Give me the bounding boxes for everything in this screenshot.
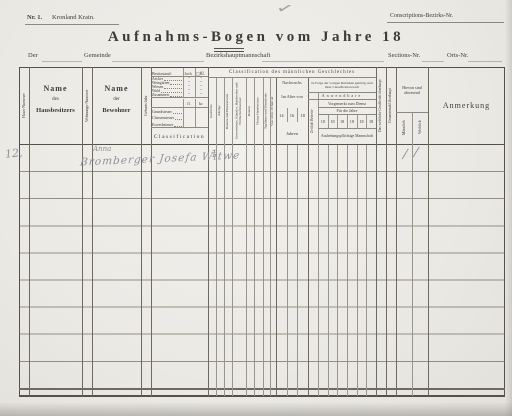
anwendbare-label: Anwendbare <box>308 92 376 99</box>
header-rule <box>25 24 119 25</box>
male-col-geistliche: Geistliche <box>208 78 216 144</box>
grid-line <box>92 67 93 396</box>
writing-line <box>262 61 384 62</box>
der-label: Der <box>28 52 38 59</box>
col-header-haus-nummer: Haus-Nummer <box>19 68 29 143</box>
gemeinde-label: Gemeinde <box>84 52 111 59</box>
writing-line <box>468 61 502 62</box>
nachwuchs-alter-label: Im Alter von <box>278 86 306 107</box>
bezirkshauptmannschaft-label: Bezirkshauptmannschaft <box>206 52 270 59</box>
male-col-adelige: Adelige <box>216 78 224 144</box>
form-title: Aufnahms-Bogen vom Jahre 18 <box>56 29 456 46</box>
male-col-taglöhner: Taglöhner und Dienstleute <box>263 78 270 144</box>
dotted-leader <box>170 81 182 84</box>
header-rule <box>387 22 504 23</box>
grid-line <box>318 92 319 396</box>
besitz-ditto: ″ <box>183 93 195 97</box>
conscription-district-label: Conscriptions-Bezirks-Nr. <box>390 13 453 19</box>
grid-line <box>151 97 208 98</box>
pencil-checkmark: ✓ <box>275 0 295 18</box>
fuer-die-jahre-label: Für die Jahre <box>318 107 376 114</box>
orts-nr-label: Orts-Nr. <box>447 52 468 59</box>
grid-line <box>337 145 338 396</box>
dotted-leader <box>175 115 182 120</box>
col-header-bewohner-der: der <box>92 97 141 102</box>
col-header-geburts-jahr: Geburts-Jahr <box>141 68 151 143</box>
grid-line <box>328 145 329 396</box>
dotted-leader <box>170 94 182 97</box>
vorgemerkt-label: Vorgemerkt zum Dienst <box>318 99 376 107</box>
dotted-leader <box>174 122 182 127</box>
male-col-gewerbsleute: Gewerbsleute, Künstler, Handwerker und W… <box>232 78 246 144</box>
male-classification-title: Classification des männlichen Geschlecht… <box>208 68 376 77</box>
abwesend-maennlich-col: Männlich <box>396 112 412 143</box>
steuern-col-fl: fl. <box>183 101 195 106</box>
col-header-hausbesitzer: Hausbesitzers <box>29 107 82 114</box>
besitz-title: Besitzstand: <box>152 71 182 76</box>
besitz-rows: Aecker″″ Weingärten″″ Wiesen″″ Wald″″ Zu… <box>152 77 207 97</box>
dotted-leader <box>173 109 182 114</box>
aushebung-label: Aushebungspflichtige Mannschaft <box>320 128 374 144</box>
form-number-label: Nr. 1. <box>27 14 42 21</box>
folge-header: In Folge der vorigen Rubriken gehörig, u… <box>309 78 375 92</box>
grid-line <box>151 127 208 128</box>
grid-line <box>366 145 367 396</box>
grid-line <box>297 145 298 396</box>
year-cell: 18 <box>337 114 347 128</box>
col-header-hausbesitzer-des: des <box>29 97 82 102</box>
writing-line <box>422 61 444 62</box>
male-col-bauern: Bauern <box>246 78 254 144</box>
zeitlich-befreite-col: Zeitlich Befreite <box>308 99 318 144</box>
abwesend-header: Hievon sind abwesend <box>397 70 427 110</box>
male-col-beamte: Beamte und Honoratioren <box>224 78 232 144</box>
male-col-hausbesitzer: Übrige Hausbesitzer <box>254 78 263 144</box>
nachwuchs-age-cell: 14 <box>276 108 287 122</box>
year-cell: 18 <box>366 114 376 128</box>
steuern-row-label: Grundsteuer <box>152 109 172 114</box>
steuern-rows: Grundsteuer Classensteuer Erwerbsteuer <box>152 107 207 127</box>
classification-label: Classification <box>151 129 208 144</box>
abwesend-weiblich-col: Weiblich <box>412 112 428 143</box>
handwritten-margin-note: 12, <box>4 146 23 161</box>
year-cell: 18 <box>357 114 367 128</box>
sections-nr-label: Sections-Nr. <box>388 52 420 59</box>
col-header-wohnungs-nummer: Wohnungs-Nummer <box>82 68 92 143</box>
besitz-ditto: ″ <box>195 93 207 97</box>
besitz-col-joch: Joch <box>182 71 194 76</box>
handwritten-name-line1: Anna <box>93 145 111 153</box>
census-form-sheet: Nr. 1. Kronland Krain. Conscriptions-Bez… <box>0 0 512 416</box>
nachwuchs-jahren-label: Jahren <box>276 122 308 144</box>
steuern-col-kr: kr. <box>195 101 207 106</box>
grid-line <box>347 145 348 396</box>
col-header-bewohner-name: Name <box>92 84 141 93</box>
writing-line <box>112 61 204 62</box>
writing-line <box>42 61 82 62</box>
col-header-weibliches-geschlecht: Das weibliche Geschlecht überhaupt <box>376 68 386 143</box>
title-underline <box>214 48 244 49</box>
besitz-row-label: Zusammen <box>152 93 169 97</box>
year-cell: 18 <box>328 114 338 128</box>
handwritten-tally-mark: 1 <box>211 149 217 160</box>
besitz-col-klafter: □Kl. <box>194 71 207 76</box>
col-header-gesamtzahl: Gesammtzahl überhaupt <box>386 68 396 143</box>
nachwuchs-age-cell: 18 <box>297 108 308 122</box>
grid-line <box>357 145 358 396</box>
nachwuchs-title: Nachwuchs <box>276 79 308 86</box>
anmerkung-header: Anmerkung <box>428 68 505 143</box>
kronland-label: Kronland Krain. <box>52 14 95 21</box>
dotted-leader <box>164 86 182 89</box>
nachwuchs-age-cell: 16 <box>287 108 298 122</box>
steuern-row-label: Erwerbsteuer <box>152 122 173 127</box>
grid-line <box>287 145 288 396</box>
col-header-hausbesitzer-name: Name <box>29 84 82 93</box>
steuern-row-label: Classensteuer <box>152 115 174 120</box>
grid-line <box>29 67 30 396</box>
year-cell: 18 <box>318 114 328 128</box>
col-header-bewohner: Bewohner <box>92 107 141 114</box>
year-cell: 18 <box>347 114 357 128</box>
